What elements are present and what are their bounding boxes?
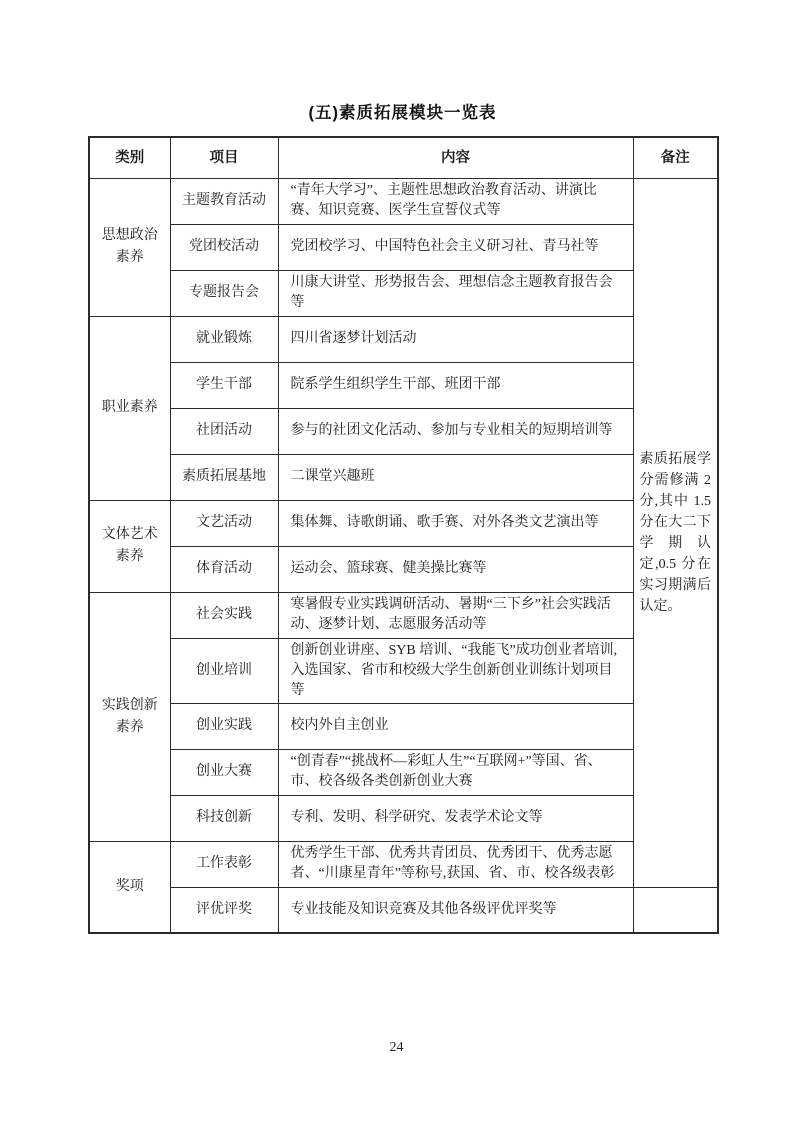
project-cell: 专题报告会 [170,270,278,316]
content-cell: 校内外自主创业 [278,703,633,749]
content-cell: 运动会、篮球赛、健美操比赛等 [278,546,633,592]
remarks-empty-cell [633,887,718,933]
table-header-row: 类别 项目 内容 备注 [89,137,718,178]
table-row: 奖项 工作表彰 优秀学生干部、优秀共青团员、优秀团干、优秀志愿者、“川康星青年”… [89,841,718,887]
category-cell: 实践创新素养 [89,592,170,841]
table-row: 学生干部 院系学生组织学生干部、班团干部 [89,362,718,408]
project-cell: 科技创新 [170,795,278,841]
table-row: 职业素养 就业锻炼 四川省逐梦计划活动 [89,316,718,362]
project-cell: 体育活动 [170,546,278,592]
category-cell: 文体艺术素养 [89,500,170,592]
table-row: 科技创新 专利、发明、科学研究、发表学术论文等 [89,795,718,841]
content-cell: “青年大学习”、主题性思想政治教育活动、讲演比赛、知识竞赛、医学生宣誓仪式等 [278,178,633,224]
page-number: 24 [0,1040,793,1056]
project-cell: 文艺活动 [170,500,278,546]
table-row: 创业实践 校内外自主创业 [89,703,718,749]
project-cell: 就业锻炼 [170,316,278,362]
table-row: 社团活动 参与的社团文化活动、参加与专业相关的短期培训等 [89,408,718,454]
project-cell: 学生干部 [170,362,278,408]
table-row: 评优评奖 专业技能及知识竞赛及其他各级评优评奖等 [89,887,718,933]
content-cell: 参与的社团文化活动、参加与专业相关的短期培训等 [278,408,633,454]
project-cell: 主题教育活动 [170,178,278,224]
project-cell: 社会实践 [170,592,278,638]
content-cell: 院系学生组织学生干部、班团干部 [278,362,633,408]
category-cell: 职业素养 [89,316,170,500]
document-page: (五)素质拓展模块一览表 类别 项目 内容 备注 思想政治素养 主题教育活动 “… [0,0,793,1122]
table-row: 体育活动 运动会、篮球赛、健美操比赛等 [89,546,718,592]
project-cell: 创业实践 [170,703,278,749]
content-cell: 优秀学生干部、优秀共青团员、优秀团干、优秀志愿者、“川康星青年”等称号,获国、省… [278,841,633,887]
header-cell-project: 项目 [170,137,278,178]
content-cell: 集体舞、诗歌朗诵、歌手赛、对外各类文艺演出等 [278,500,633,546]
quality-development-module-table: 类别 项目 内容 备注 思想政治素养 主题教育活动 “青年大学习”、主题性思想政… [88,136,719,934]
table-row: 实践创新素养 社会实践 寒暑假专业实践调研活动、暑期“三下乡”社会实践活动、逐梦… [89,592,718,638]
content-cell: 寒暑假专业实践调研活动、暑期“三下乡”社会实践活动、逐梦计划、志愿服务活动等 [278,592,633,638]
content-cell: 专业技能及知识竞赛及其他各级评优评奖等 [278,887,633,933]
table-row: 党团校活动 党团校学习、中国特色社会主义研习社、青马社等 [89,224,718,270]
header-cell-content: 内容 [278,137,633,178]
project-cell: 评优评奖 [170,887,278,933]
table-row: 专题报告会 川康大讲堂、形势报告会、理想信念主题教育报告会等 [89,270,718,316]
content-cell: 党团校学习、中国特色社会主义研习社、青马社等 [278,224,633,270]
project-cell: 创业大赛 [170,749,278,795]
project-cell: 社团活动 [170,408,278,454]
table-row: 创业大赛 “创青春”“挑战杯—彩虹人生”“互联网+”等国、省、市、校各级各类创新… [89,749,718,795]
project-cell: 素质拓展基地 [170,454,278,500]
page-title: (五)素质拓展模块一览表 [88,99,717,123]
content-cell: 川康大讲堂、形势报告会、理想信念主题教育报告会等 [278,270,633,316]
project-cell: 创业培训 [170,638,278,703]
table-row: 素质拓展基地 二课堂兴趣班 [89,454,718,500]
project-cell: 工作表彰 [170,841,278,887]
content-cell: 二课堂兴趣班 [278,454,633,500]
header-cell-category: 类别 [89,137,170,178]
project-cell: 党团校活动 [170,224,278,270]
category-cell: 奖项 [89,841,170,933]
header-cell-remarks: 备注 [633,137,718,178]
content-cell: 四川省逐梦计划活动 [278,316,633,362]
table-row: 创业培训 创新创业讲座、SYB 培训、“我能飞”成功创业者培训,入选国家、省市和… [89,638,718,703]
remarks-cell: 素质拓展学分需修满 2 分,其中 1.5 分在大二下学期认定,0.5 分在实习期… [633,178,718,887]
content-cell: 专利、发明、科学研究、发表学术论文等 [278,795,633,841]
category-cell: 思想政治素养 [89,178,170,316]
table-row: 文体艺术素养 文艺活动 集体舞、诗歌朗诵、歌手赛、对外各类文艺演出等 [89,500,718,546]
content-cell: “创青春”“挑战杯—彩虹人生”“互联网+”等国、省、市、校各级各类创新创业大赛 [278,749,633,795]
content-cell: 创新创业讲座、SYB 培训、“我能飞”成功创业者培训,入选国家、省市和校级大学生… [278,638,633,703]
table-row: 思想政治素养 主题教育活动 “青年大学习”、主题性思想政治教育活动、讲演比赛、知… [89,178,718,224]
